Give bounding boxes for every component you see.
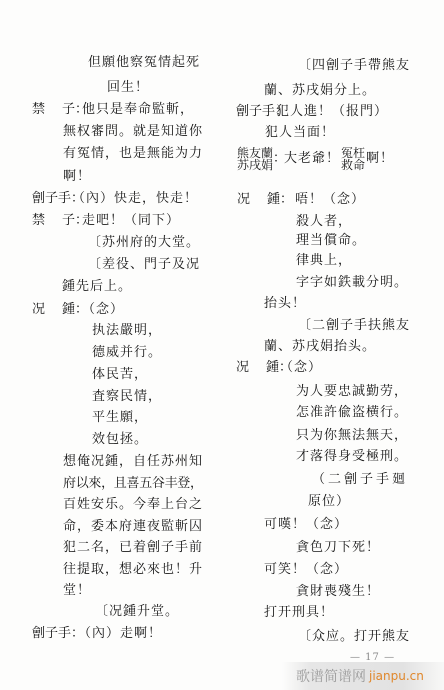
dialogue-line: 况鍾：唔！（念） (237, 192, 365, 208)
continuation-line: 命，委本府連夜監斬囚 (63, 519, 203, 535)
speaker-name: 劊子手 (32, 626, 71, 642)
continuation-line: 百姓安乐。今奉上台之 (63, 497, 203, 513)
continuation-line: 府以來，且喜五谷丰登， (63, 476, 203, 492)
speaker-delimiter: ： (280, 192, 287, 208)
dialogue-text: 他只是奉命監斬， (82, 102, 194, 117)
speaker-name: 禁子 (32, 102, 75, 118)
verse-line: 回生！ (107, 80, 149, 96)
verse-line: 才落得身受極刑。 (296, 449, 408, 465)
verse-line: 字字如鉄載分明。 (296, 275, 408, 291)
verse-line: 德威并行。 (92, 345, 162, 361)
continuation-line: 往提取，想必來也！升 (63, 562, 203, 578)
watermark: 歌谱简谱网 jianpu.cn (282, 662, 444, 690)
continuation-line: 啊！ (63, 169, 91, 185)
stage-direction-line: 〔差役、門子及况 (88, 257, 200, 273)
speaker-name: 劊子手 (32, 191, 71, 207)
dialogue-line: 禁子：走吧！（同下） (32, 213, 180, 229)
dialogue-text: （內）快走，快走！ (72, 191, 198, 206)
continuation-line: 犯人当面！ (265, 125, 335, 141)
speaker-delimiter: ： (75, 213, 82, 229)
continuation-line: 抬头！ (264, 296, 306, 312)
verse-line: 为人要忠誠勤劳， (296, 384, 408, 400)
speaker-name: 禁子 (32, 213, 75, 229)
speaker-delimiter: ： (75, 102, 82, 118)
verse-line: 律典上， (296, 253, 352, 269)
speaker-delimiter: ： (71, 626, 78, 642)
dialogue-text: （念） (280, 360, 322, 375)
verse-line: 执法嚴明， (92, 323, 162, 339)
verse-line: 效包拯。 (92, 432, 148, 448)
watermark-domain: jianpu.cn (369, 669, 424, 683)
dialogue-text: （內）走啊！ (78, 626, 162, 641)
watermark-site-name: 歌谱简谱网 (296, 666, 366, 686)
dialogue-text: 走吧！（同下） (82, 213, 180, 228)
continuation-line: 可笑！（念） (264, 562, 348, 578)
verse-line: 貪財喪殘生！ (296, 584, 380, 600)
split-dialogue-bottom: 救命 (341, 159, 365, 171)
verse-line: 査察民情， (92, 389, 162, 405)
stage-direction-line: 蘭、苏戌娟抬头。 (264, 339, 376, 355)
verse-line: 理当償命。 (296, 233, 366, 249)
verse-line: 殺人者， (296, 214, 352, 230)
dialogue-line: 况鍾：（念） (236, 360, 322, 376)
continuation-line: 打开刑具！ (264, 605, 334, 621)
speaker-name: 劊子手 (236, 104, 275, 120)
continuation-line: 想俺况鍾，自任苏州知 (63, 454, 203, 470)
verse-line: 但願他察冤情起死 (88, 55, 200, 71)
stage-direction-line: 〔况鍾升堂。 (95, 604, 179, 620)
joint-dialogue-line: 熊友蘭 苏戌娟 ： 大老爺！ 冤枉 救命 啊！ (237, 146, 394, 172)
verse-line: 怎准許偸盗横行。 (296, 405, 408, 421)
joint-speakers: 熊友蘭 苏戌娟 (237, 147, 273, 171)
continuation-line: 有冤情，也是無能为力 (63, 146, 203, 162)
right-column: 〔四劊子手帶熊友 蘭、苏戌娟分上。 劊子手：犯人進！（报門） 犯人当面！ 熊友蘭… (222, 0, 444, 690)
dialogue-text: 唔！（念） (295, 192, 365, 207)
dialogue-line: 劊子手：（內）快走，快走！ (32, 191, 198, 207)
dialogue-line: 劊子手：犯人進！（报門） (236, 104, 388, 120)
dialogue-text: 大老爺！ (284, 151, 340, 167)
verse-line: 体民苦， (92, 367, 148, 383)
stage-direction-line: 鍾先后上。 (62, 279, 132, 295)
stage-direction-line: 〔众应。打开熊友 (298, 629, 410, 645)
dialogue-line: 禁子：他只是奉命監斬， (32, 102, 194, 118)
stage-direction-line: 蘭、苏戌娟分上。 (264, 83, 376, 99)
verse-line: 平生願， (92, 410, 148, 426)
dialogue-line: 劊子手：（內）走啊！ (32, 626, 162, 642)
verse-line: 貪色刀下死！ (296, 540, 380, 556)
speaker-delimiter: ： (273, 151, 280, 167)
split-dialogue: 冤枉 救命 (341, 147, 365, 171)
speaker-name: 况鍾 (236, 360, 279, 376)
speaker-name: 况鍾 (32, 302, 75, 318)
dialogue-tail: 啊！ (366, 151, 394, 167)
continuation-line: 可嘆！（念） (264, 517, 348, 533)
script-page: 但願他察冤情起死 回生！ 禁子：他只是奉命監斬， 無权審問。就是知道你 有冤情，… (0, 0, 444, 690)
stage-direction-line: （二劊子手廻 (312, 472, 408, 488)
dialogue-text: （念） (82, 302, 124, 317)
stage-direction-line: 〔苏州府的大堂。 (88, 235, 200, 251)
continuation-line: 無权審問。就是知道你 (63, 124, 203, 140)
left-column: 但願他察冤情起死 回生！ 禁子：他只是奉命監斬， 無权審問。就是知道你 有冤情，… (0, 0, 222, 690)
dialogue-line: 况鍾：（念） (32, 302, 124, 318)
dialogue-text: 犯人進！（报門） (276, 104, 388, 119)
speaker-name: 苏戌娟 (237, 159, 273, 171)
speaker-delimiter: ： (75, 302, 82, 318)
stage-direction-line: 〔四劊子手帶熊友 (298, 58, 410, 74)
verse-line: 只为你無法無天， (296, 428, 408, 444)
stage-direction-line: 〔二劊子手扶熊友 (298, 318, 410, 334)
continuation-line: 堂！ (63, 583, 91, 599)
continuation-line: 犯二名，已着劊子手前 (63, 540, 203, 556)
stage-direction-line: 原位） (308, 494, 350, 510)
speaker-name: 况鍾 (237, 192, 280, 208)
